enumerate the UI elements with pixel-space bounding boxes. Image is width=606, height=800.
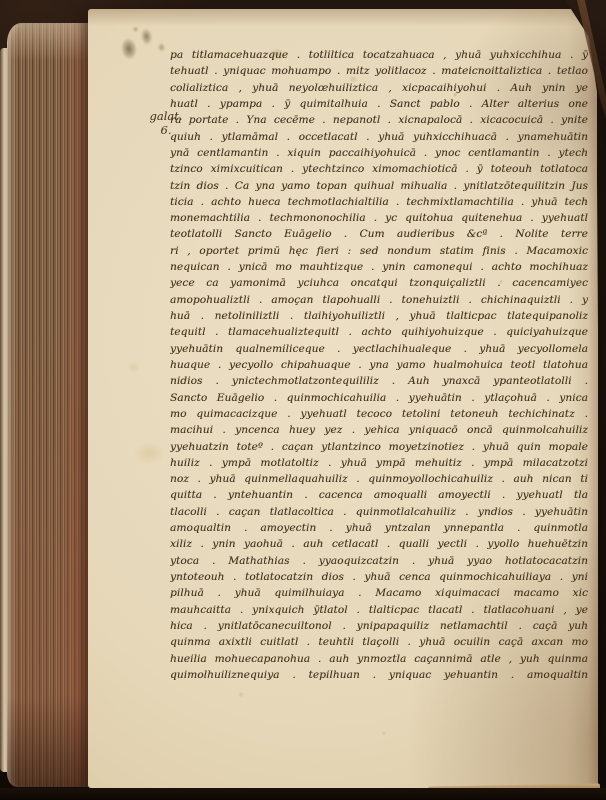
manuscript-line: nequican . ynicā mo mauhtizque . ynin ca… <box>170 259 588 275</box>
manuscript-line: huatl . ypampa . ȳ quimitalhuia . Sanct … <box>170 96 588 112</box>
manuscript-line: quinma axixtli cuitlatl . teuhtli tlaçol… <box>170 634 588 650</box>
manuscript-line: hueilia mohuecapanohua . auh ynmoztla ca… <box>170 651 588 667</box>
manuscript-line: amopohualiztli . amoçan tlapohualli . to… <box>170 292 588 308</box>
manuscript-line: teotlatolli Sancto Euāgelio . Cum audier… <box>170 226 588 242</box>
manuscript-line: monemachtilia . techmononochilia . yc qu… <box>170 210 588 226</box>
manuscript-line: tzinco ximixcuitican . ytechtzinco ximom… <box>170 161 588 177</box>
manuscript-line: huiliz . ympā motlatoltiz . yhuā ympā me… <box>170 455 588 471</box>
manuscript-line: Sancto Euāgelio . quinmochicahuilia . yy… <box>170 390 588 406</box>
manuscript-line: tehuatl . yniquac mohuampo . mitz yolitl… <box>170 63 588 79</box>
manuscript-line: macihui . yncenca huey yez . yehica yniq… <box>170 422 588 438</box>
manuscript-line: yyehuatzin toteº . caçan ytlantzinco moy… <box>170 439 588 455</box>
manuscript-line: quiuh . ytlamāmal . occetlacatl . yhuā y… <box>170 129 588 145</box>
book-fore-edge-stack <box>7 23 100 787</box>
manuscript-line: yyehuātin qualnemiliceque . yectlachihua… <box>170 341 588 357</box>
manuscript-line: yntoteouh . totlatocatzin dios . yhuā ce… <box>170 569 588 585</box>
manuscript-line: huā . netoliniliztli . tlaihiyohuiliztli… <box>170 308 588 324</box>
manuscript-line: quimolhuiliznequiya . tepilhuan . yniqua… <box>170 667 588 683</box>
manuscript-line: tlacolli . caçan tlatlacoltica . quinmot… <box>170 504 588 520</box>
ink-blot <box>108 20 171 68</box>
manuscript-line: colializtica , yhuā neyolœhuiliztica , x… <box>170 80 588 96</box>
manuscript-line: quitta . yntehuantin . cacenca amoqualli… <box>170 487 588 503</box>
manuscript-line: pa titlamacehuazque . totliltica tocatza… <box>170 47 588 63</box>
manuscript-line: ri , oportet primū hęc fieri : sed nondu… <box>170 243 588 259</box>
manuscript-line: noz . yhuā quinmellaquahuiliz . quinmoyo… <box>170 471 588 487</box>
manuscript-line: ticia . achto hueca techmotlachialtilia … <box>170 194 588 210</box>
manuscript-line: xiliz . ynin yaohuā . auh cetlacatl . qu… <box>170 536 588 552</box>
manuscript-line: huaque . yecyollo chipahuaque . yna yamo… <box>170 357 588 373</box>
manuscript-line: amoqualtin . amoyectin . yhuā yntzalan y… <box>170 520 588 536</box>
manuscript-line: hica . ynitlatōcanecuiltonol . ynipapaqu… <box>170 618 588 634</box>
manuscript-line: ytoca . Mathathias . yyaoquizcatzin . yh… <box>170 553 588 569</box>
photo-background: galat. 6. pa titlamacehuazque . totlilti… <box>0 0 606 800</box>
manuscript-line: pilhuā . yhuā quimilhuiaya . Macamo xiqu… <box>170 585 588 601</box>
manuscript-line: ra portate . Yna cecēme . nepanotl . xic… <box>170 112 588 128</box>
table-shadow-bottom <box>0 788 606 800</box>
manuscript-line: ynā centlamantin . xiquin paccaihiyohuic… <box>170 145 588 161</box>
manuscript-line: mo quimacacizque . yyehuatl tecoco tetol… <box>170 406 588 422</box>
manuscript-line: nidios . ynictechmotlatzontequililiz . A… <box>170 373 588 389</box>
manuscript-line: tzin dios . Ca yna yamo topan quihual mi… <box>170 178 588 194</box>
manuscript-line: tequitl . tlamacehualiztequitl . achto q… <box>170 324 588 340</box>
manuscript-text: pa titlamacehuazque . totliltica tocatza… <box>170 47 588 683</box>
manuscript-line: mauhcaitta . ynixquich ȳtlatol . tlaltic… <box>170 602 588 618</box>
manuscript-line: yece ca yamonimā yciuhca oncatqui tzonqu… <box>170 275 588 291</box>
